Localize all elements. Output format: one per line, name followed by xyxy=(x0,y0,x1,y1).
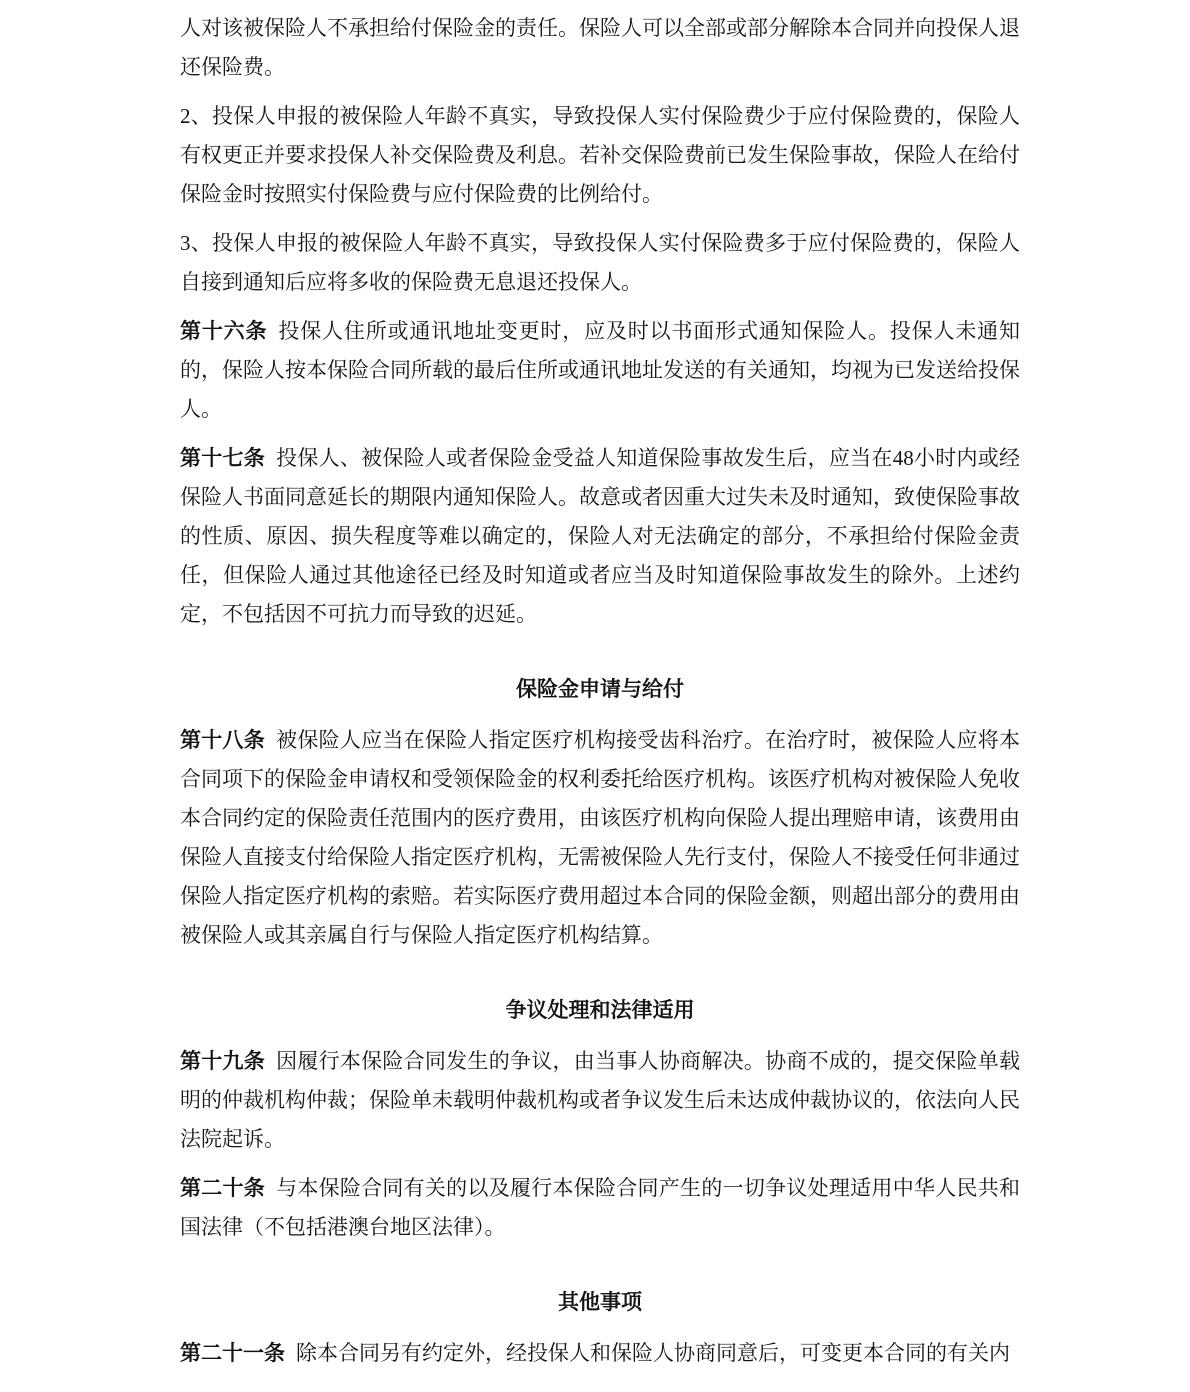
paragraph-text: 与本保险合同有关的以及履行本保险合同产生的一切争议处理适用中华人民共和国法律（不… xyxy=(180,1176,1020,1239)
paragraph-text: 投保人住所或通讯地址变更时，应及时以书面形式通知保险人。投保人未通知的，保险人按… xyxy=(180,319,1020,421)
article-number: 第十九条 xyxy=(180,1049,265,1073)
section-heading-other: 其他事项 xyxy=(180,1283,1020,1322)
paragraph-clause-3: 3、投保人申报的被保险人年龄不真实，导致投保人实付保险费多于应付保险费的，保险人… xyxy=(180,224,1020,302)
paragraph-text: 除本合同另有约定外，经投保人和保险人协商同意后，可变更本合同的有关内 xyxy=(296,1341,1010,1365)
paragraph-text: 3、投保人申报的被保险人年龄不真实，导致投保人实付保险费多于应付保险费的，保险人… xyxy=(180,231,1020,294)
article-number: 第十八条 xyxy=(180,728,265,752)
paragraph-text: 投保人、被保险人或者保险金受益人知道保险事故发生后，应当在48小时内或经保险人书… xyxy=(180,446,1020,626)
article-number: 第十七条 xyxy=(180,446,265,470)
paragraph-clause-2: 2、投保人申报的被保险人年龄不真实，导致投保人实付保险费少于应付保险费的，保险人… xyxy=(180,97,1020,214)
paragraph-article-18: 第十八条被保险人应当在保险人指定医疗机构接受齿科治疗。在治疗时，被保险人应将本合… xyxy=(180,721,1020,955)
section-heading-disputes: 争议处理和法律适用 xyxy=(180,991,1020,1030)
paragraph-article-21: 第二十一条除本合同另有约定外，经投保人和保险人协商同意后，可变更本合同的有关内 xyxy=(180,1334,1020,1373)
contract-page: 人对该被保险人不承担给付保险金的责任。保险人可以全部或部分解除本合同并向投保人退… xyxy=(0,0,1190,1392)
paragraph-text: 因履行本保险合同发生的争议，由当事人协商解决。协商不成的，提交保险单载明的仲裁机… xyxy=(180,1049,1020,1151)
section-heading-claims: 保险金申请与给付 xyxy=(180,670,1020,709)
article-number: 第十六条 xyxy=(180,319,267,343)
paragraph-continuation: 人对该被保险人不承担给付保险金的责任。保险人可以全部或部分解除本合同并向投保人退… xyxy=(180,9,1020,87)
paragraph-article-16: 第十六条投保人住所或通讯地址变更时，应及时以书面形式通知保险人。投保人未通知的，… xyxy=(180,312,1020,429)
page-content: 人对该被保险人不承担给付保险金的责任。保险人可以全部或部分解除本合同并向投保人退… xyxy=(0,0,1190,1373)
paragraph-article-19: 第十九条因履行本保险合同发生的争议，由当事人协商解决。协商不成的，提交保险单载明… xyxy=(180,1042,1020,1159)
article-number: 第二十一条 xyxy=(180,1341,285,1365)
paragraph-text: 2、投保人申报的被保险人年龄不真实，导致投保人实付保险费少于应付保险费的，保险人… xyxy=(180,104,1020,206)
paragraph-text: 被保险人应当在保险人指定医疗机构接受齿科治疗。在治疗时，被保险人应将本合同项下的… xyxy=(180,728,1020,947)
article-number: 第二十条 xyxy=(180,1176,265,1200)
paragraph-article-17: 第十七条投保人、被保险人或者保险金受益人知道保险事故发生后，应当在48小时内或经… xyxy=(180,439,1020,634)
paragraph-text: 人对该被保险人不承担给付保险金的责任。保险人可以全部或部分解除本合同并向投保人退… xyxy=(180,16,1020,79)
paragraph-article-20: 第二十条与本保险合同有关的以及履行本保险合同产生的一切争议处理适用中华人民共和国… xyxy=(180,1169,1020,1247)
